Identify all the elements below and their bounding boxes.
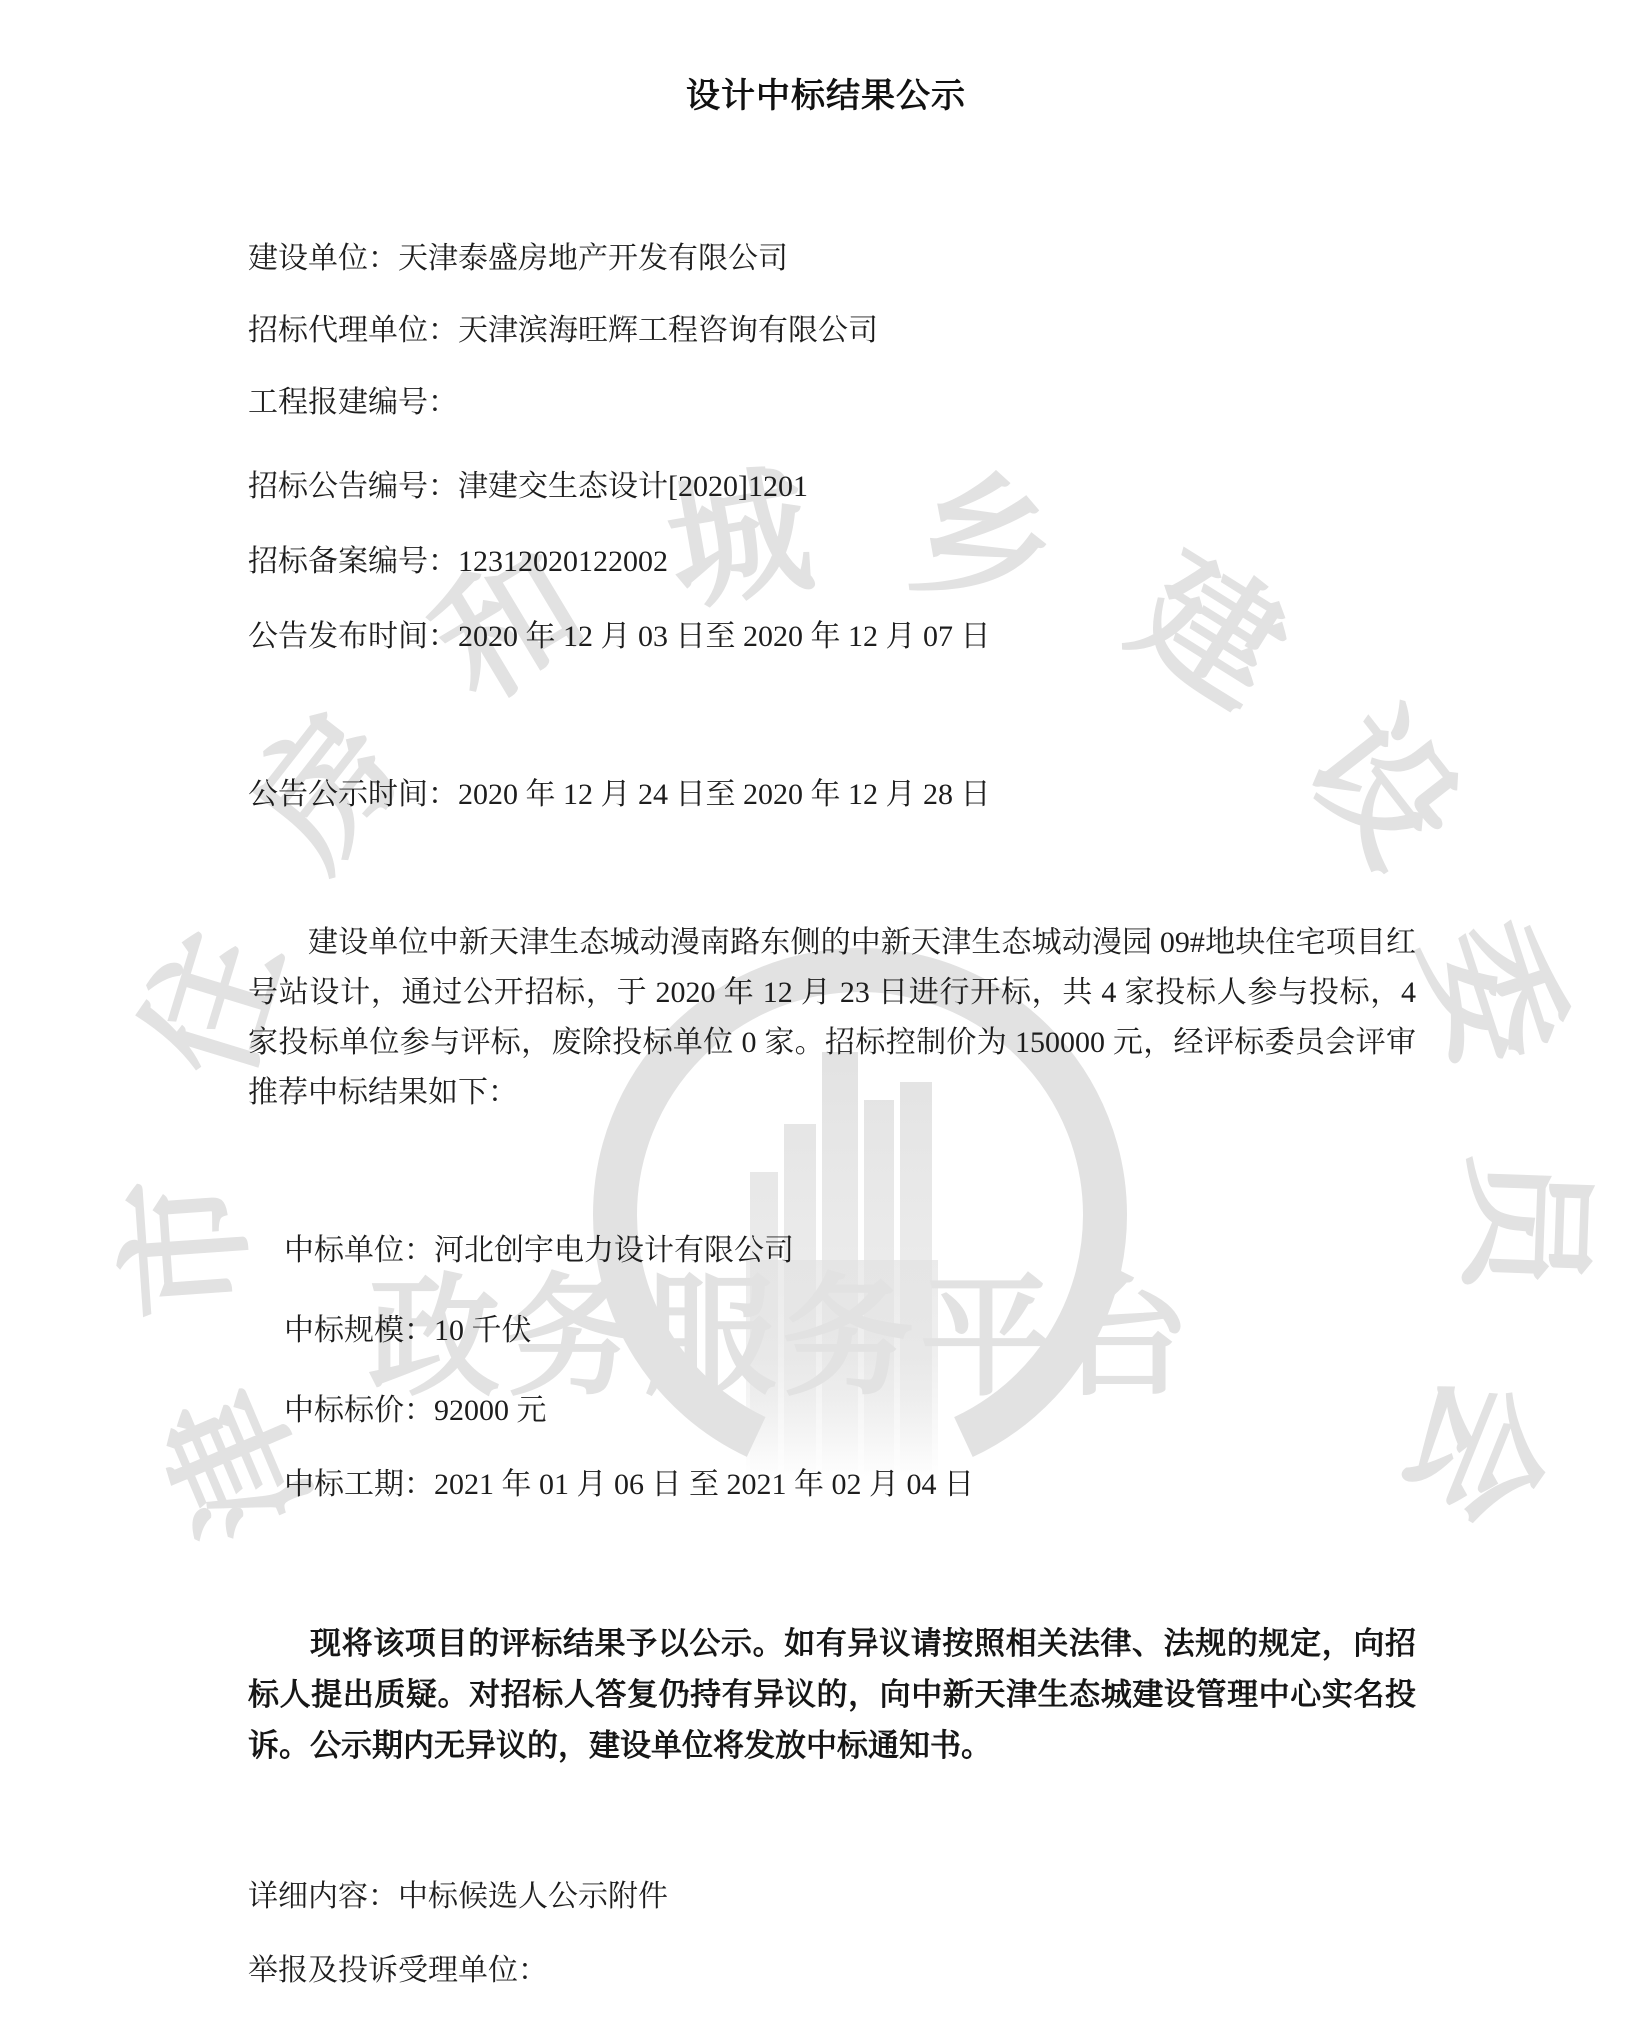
award-line-price: 中标标价：92000 元 [284, 1392, 547, 1430]
info-line-agency: 招标代理单位：天津滨海旺辉工程咨询有限公司 [248, 312, 878, 350]
info-line-announcement-no: 招标公告编号：津建交生态设计[2020]1201 [248, 468, 808, 506]
announcement-page: 津市住房和城乡建设委员会 政务服务平台 设计中标结果公示 建设单位：天津泰盛房地… [0, 0, 1652, 2029]
info-line-project-no: 工程报建编号： [248, 384, 458, 422]
award-line-scale: 中标规模：10 千伏 [284, 1312, 532, 1350]
body-paragraph: 建设单位中新天津生态城动漫南路东侧的中新天津生态城动漫园 09#地块住宅项目红号… [248, 918, 1416, 1118]
award-line-period: 中标工期：2021 年 01 月 06 日 至 2021 年 02 月 04 日 [284, 1466, 974, 1504]
notice-paragraph: 现将该项目的评标结果予以公示。如有异议请按照相关法律、法规的规定，向招标人提出质… [248, 1618, 1416, 1771]
info-line-construction-unit: 建设单位：天津泰盛房地产开发有限公司 [248, 240, 788, 278]
award-line-winner: 中标单位：河北创宇电力设计有限公司 [284, 1232, 794, 1270]
page-title: 设计中标结果公示 [0, 68, 1652, 117]
info-line-publish-time: 公告发布时间：2020 年 12 月 03 日至 2020 年 12 月 07 … [248, 618, 991, 656]
footer-line-details: 详细内容：中标候选人公示附件 [248, 1878, 668, 1916]
document-content: 设计中标结果公示 建设单位：天津泰盛房地产开发有限公司 招标代理单位：天津滨海旺… [0, 0, 1652, 2029]
info-line-publicity-time: 公告公示时间：2020 年 12 月 24 日至 2020 年 12 月 28 … [248, 776, 991, 814]
info-line-record-no: 招标备案编号：12312020122002 [248, 543, 668, 581]
footer-line-complaint: 举报及投诉受理单位： [248, 1952, 548, 1990]
